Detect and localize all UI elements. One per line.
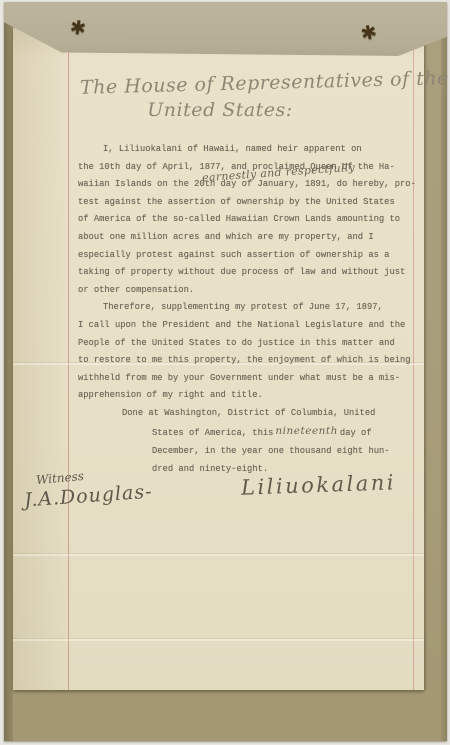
brass-fastener-icon: ✱ (69, 18, 87, 39)
board-right-edge (441, 2, 447, 741)
typed-line: test against the assertion of ownership … (78, 194, 416, 212)
typed-line: about one million acres and which are my… (78, 229, 416, 247)
fold-crease (13, 553, 424, 556)
typed-line: withheld from me by your Government unde… (78, 370, 416, 388)
closing-block: Done at Washington, District of Columbia… (78, 404, 390, 479)
typed-line: taking of property without due process o… (78, 264, 416, 282)
brass-fastener-icon: ✱ (359, 23, 379, 45)
typed-line: I, Liliuokalani of Hawaii, named heir ap… (103, 141, 416, 159)
typed-line: waiian Islands on the 20th day of Januar… (78, 176, 416, 194)
typed-line: to restore to me this property, the enjo… (78, 352, 416, 370)
handwritten-date-word: nineteenth (275, 425, 338, 437)
typed-line: I call upon the President and the Nation… (78, 317, 416, 335)
board-left-edge (4, 2, 13, 741)
typed-line: Therefore, supplementing my protest of J… (103, 299, 416, 317)
typed-line: Done at Washington, District of Columbia… (122, 404, 390, 423)
typed-line: of America of the so-called Hawaiian Cro… (78, 211, 416, 229)
typed-line: the 10th day of April, 1877, and proclai… (78, 159, 416, 177)
fold-crease (13, 638, 424, 641)
closing-date-pre: States of America, this (152, 428, 273, 438)
left-margin-rule (68, 28, 69, 690)
typed-line: People of the United States to do justic… (78, 335, 416, 353)
typed-line: December, in the year one thousand eight… (152, 442, 390, 461)
closing-date-post: day of (340, 428, 372, 438)
scanned-document: The House of Representatives of the Unit… (0, 0, 450, 745)
typed-body: I, Liliuokalani of Hawaii, named heir ap… (78, 141, 416, 405)
typed-line: States of America, thisnineteenthday of (152, 423, 390, 442)
folder-flap: ✱ ✱ (4, 2, 447, 60)
typed-line: or other compensation. (78, 282, 416, 300)
salutation-line-2: United States: (120, 99, 320, 121)
typed-line: especially protest against such assertio… (78, 247, 416, 265)
typed-line: apprehension of my right and title. (78, 387, 416, 405)
